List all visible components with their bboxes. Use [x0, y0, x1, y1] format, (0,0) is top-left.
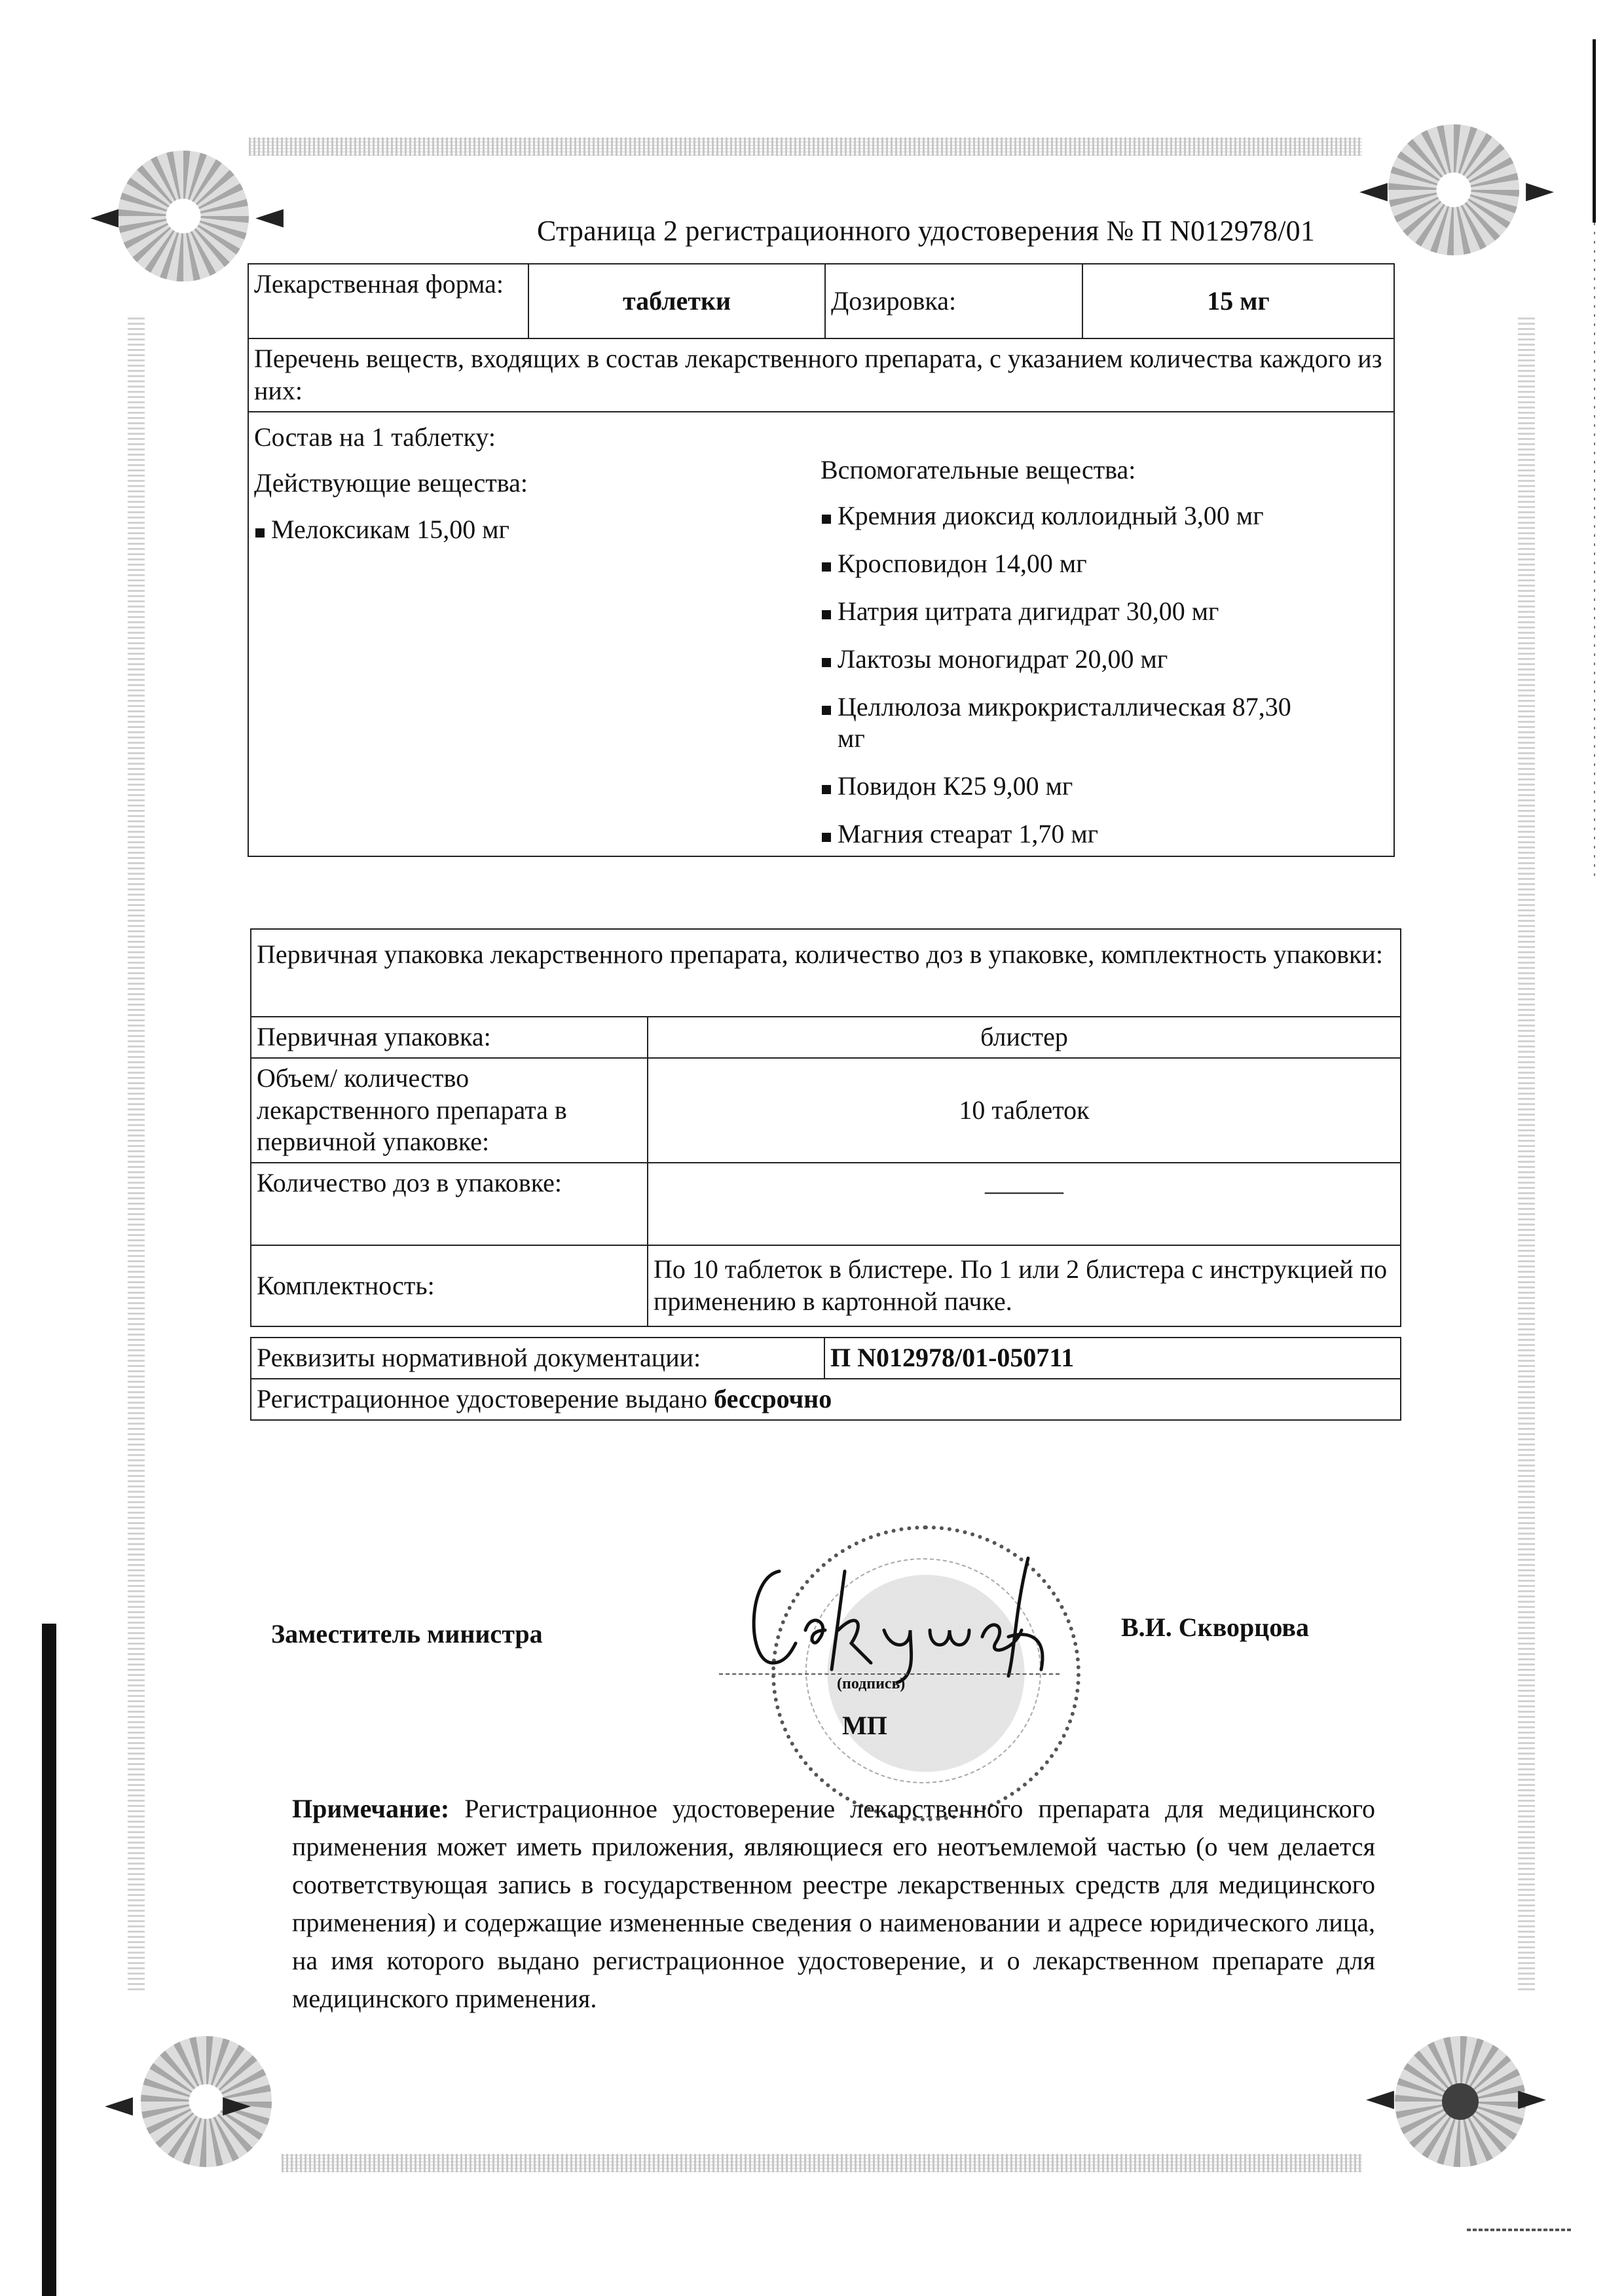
packaging-row-value: 10 таблеток	[648, 1058, 1401, 1163]
scan-edge-bar	[42, 1624, 56, 2296]
validity-text: Регистрационное удостоверение выдано	[257, 1384, 707, 1413]
packaging-heading-row: Первичная упаковка лекарственного препар…	[251, 929, 1401, 1017]
composition-body-row: Состав на 1 таблетку: Действующие вещест…	[248, 412, 1394, 856]
corner-arrow-icon: ◄	[90, 198, 119, 234]
bullet-icon	[822, 610, 831, 619]
frame-band-top	[249, 137, 1362, 156]
active-substances-column: Состав на 1 таблетку: Действующие вещест…	[254, 422, 821, 850]
packaging-row-label: Количество доз в упаковке:	[251, 1163, 648, 1245]
packaging-row: Комплектность: По 10 таблеток в блистере…	[251, 1245, 1401, 1326]
bullet-icon	[822, 833, 831, 842]
excipient-item: Повидон К25 9,00 мг	[821, 771, 1388, 803]
stamp-mark: МП	[842, 1710, 887, 1742]
packaging-row-value: По 10 таблеток в блистере. По 1 или 2 бл…	[648, 1245, 1401, 1326]
dosage-form-value: таблетки	[528, 264, 825, 338]
dosage-value: 15 мг	[1082, 264, 1394, 338]
corner-arrow-icon: ◄	[105, 2086, 133, 2123]
normative-label: Реквизиты нормативной документации:	[251, 1338, 824, 1379]
normative-value: П N012978/01-050711	[824, 1338, 1401, 1379]
active-substance-item: Мелоксикам 15,00 мг	[254, 514, 821, 546]
signatory-name: В.И. Скворцова	[1121, 1612, 1309, 1644]
dosage-form-row: Лекарственная форма: таблетки Дозировка:…	[248, 264, 1394, 338]
packaging-table: Первичная упаковка лекарственного препар…	[250, 928, 1401, 1327]
composition-heading-row: Перечень веществ, входящих в состав лека…	[248, 338, 1394, 412]
bullet-icon	[822, 706, 831, 715]
frame-band-bottom	[282, 2154, 1362, 2172]
bullet-icon	[822, 658, 831, 667]
signature-caption: (подпись)	[837, 1675, 905, 1694]
excipient-item: Магния стеарат 1,70 мг	[821, 818, 1388, 850]
validity-value: бессрочно	[714, 1384, 832, 1413]
corner-rosette-top-left	[118, 151, 249, 282]
handwritten-signature-icon	[733, 1532, 1074, 1689]
normative-row: Реквизиты нормативной документации: П N0…	[251, 1338, 1401, 1379]
bullet-icon	[255, 528, 265, 538]
packaging-row-label: Объем/ количество лекарственного препара…	[251, 1058, 648, 1163]
validity-cell: Регистрационное удостоверение выдано бес…	[251, 1379, 1401, 1420]
corner-rosette-top-right	[1388, 124, 1519, 255]
packaging-row: Объем/ количество лекарственного препара…	[251, 1058, 1401, 1163]
active-substances-label: Действующие вещества:	[254, 467, 821, 500]
note-text: Регистрационное удостоверение лекарствен…	[292, 1794, 1375, 2013]
validity-row: Регистрационное удостоверение выдано бес…	[251, 1379, 1401, 1420]
corner-arrow-icon: ◄	[1359, 172, 1388, 208]
signatory-position: Заместитель министра	[271, 1618, 543, 1650]
per-unit-label: Состав на 1 таблетку:	[254, 422, 821, 454]
note-paragraph: Примечание: Регистрационное удостоверени…	[292, 1790, 1375, 2018]
excipient-item: Целлюлоза микрокристаллическая 87,30 мг	[821, 691, 1388, 756]
note-label: Примечание:	[292, 1794, 449, 1823]
corner-arrow-icon: ►	[1518, 2079, 1546, 2116]
dosage-label: Дозировка:	[825, 264, 1082, 338]
packaging-row: Первичная упаковка: блистер	[251, 1017, 1401, 1058]
dosage-form-label: Лекарственная форма:	[248, 264, 528, 338]
packaging-row-value: блистер	[648, 1017, 1401, 1058]
page-header: Страница 2 регистрационного удостоверени…	[537, 213, 1315, 249]
scan-edge-line	[1593, 39, 1596, 223]
corner-arrow-icon: ►	[223, 2086, 251, 2123]
scan-edge-line-bottom	[1467, 2229, 1572, 2231]
packaging-row-value: ———	[648, 1163, 1401, 1245]
corner-arrow-icon: ◄	[1366, 2079, 1394, 2116]
composition-body: Состав на 1 таблетку: Действующие вещест…	[248, 412, 1394, 856]
excipient-item: Лактозы моногидрат 20,00 мг	[821, 644, 1388, 676]
excipients-label: Вспомогательные вещества:	[821, 454, 1388, 486]
corner-arrow-icon: ►	[1526, 172, 1554, 208]
packaging-row: Количество доз в упаковке: ———	[251, 1163, 1401, 1245]
bullet-icon	[822, 515, 831, 524]
excipient-item: Кремния диоксид коллоидный 3,00 мг	[821, 500, 1388, 532]
scan-edge-dots	[1594, 223, 1595, 877]
packaging-row-label: Комплектность:	[251, 1245, 648, 1326]
composition-table: Лекарственная форма: таблетки Дозировка:…	[248, 263, 1395, 857]
corner-rosette-bottom-left	[141, 2036, 272, 2167]
frame-band-left	[128, 314, 145, 1990]
excipient-item: Натрия цитрата дигидрат 30,00 мг	[821, 596, 1388, 628]
corner-arrow-icon: ◄	[255, 198, 284, 234]
bullet-icon	[822, 785, 831, 794]
corner-rosette-bottom-right	[1395, 2036, 1526, 2167]
composition-heading: Перечень веществ, входящих в состав лека…	[248, 338, 1394, 412]
excipients-column: Вспомогательные вещества: Кремния диокси…	[821, 422, 1388, 850]
packaging-heading: Первичная упаковка лекарственного препар…	[251, 929, 1401, 1017]
bullet-icon	[822, 562, 831, 572]
normative-table: Реквизиты нормативной документации: П N0…	[250, 1337, 1401, 1421]
frame-band-right	[1518, 314, 1535, 1990]
packaging-row-label: Первичная упаковка:	[251, 1017, 648, 1058]
composition-columns: Состав на 1 таблетку: Действующие вещест…	[254, 422, 1388, 850]
excipient-item: Кросповидон 14,00 мг	[821, 548, 1388, 580]
